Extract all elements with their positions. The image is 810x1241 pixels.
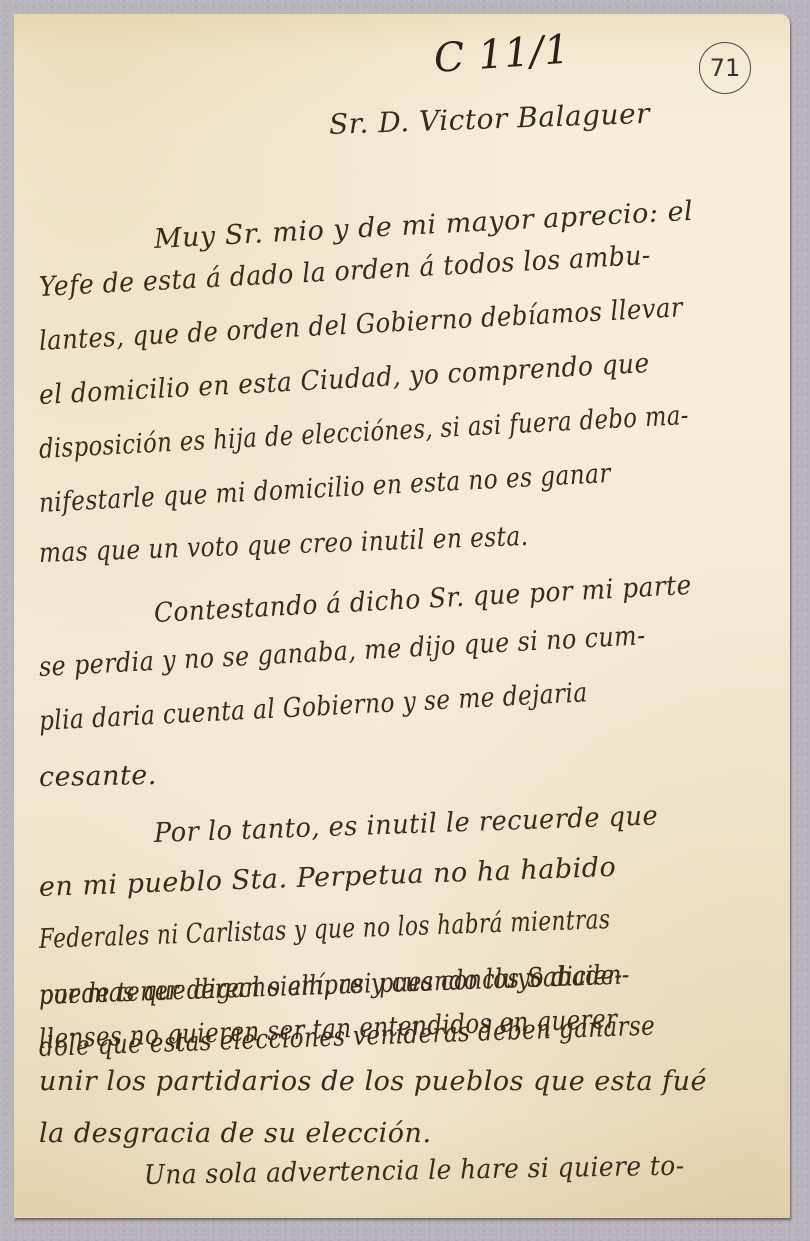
letter-line: Yefe de esta á dado la orden á todos los… — [38, 240, 651, 303]
letter-line: se perdia y no se ganaba, me dijo que si… — [38, 620, 646, 683]
letter-line: cesante. — [39, 760, 157, 793]
letter-line: Una sola advertencia le hare si quiere t… — [144, 1151, 685, 1191]
letter-line: Por lo tanto, es inutil le recuerde que — [153, 800, 658, 849]
letter-line: unir los partidarios de los pueblos que … — [39, 1066, 707, 1097]
letter-line: por mas que digan siempre y cuando los S… — [38, 960, 623, 1011]
letter-line: la desgracia de su elección. — [39, 1118, 432, 1149]
letter-line: disposición es hija de elecciónes, si as… — [38, 400, 689, 465]
letter-line: Contestando á dicho Sr. que por mi parte — [153, 570, 692, 629]
letter-page: 71 C 11/1 Sr. D. Victor Balaguer Muy Sr.… — [14, 14, 790, 1218]
letter-line: el domicilio en esta Ciudad, yo comprend… — [38, 348, 650, 411]
letter-line: plia daria cuenta al Gobierno y se me de… — [38, 677, 588, 737]
letter-line: Federales ni Carlistas y que no los habr… — [38, 904, 610, 955]
letter-line: lantes, que de orden del Gobierno debíam… — [38, 292, 683, 357]
letter-line: mas que un voto que creo inutil en esta. — [38, 521, 529, 569]
letter-line: en mi pueblo Sta. Perpetua no ha habido — [38, 852, 616, 903]
folio-number: 71 — [710, 54, 741, 82]
folio-number-stamp: 71 — [699, 42, 751, 94]
reference-mark: C 11/1 — [432, 27, 571, 82]
letter-line: nifestarle que mi domicilio en esta no e… — [38, 458, 611, 519]
addressee: Sr. D. Victor Balaguer — [328, 97, 650, 141]
